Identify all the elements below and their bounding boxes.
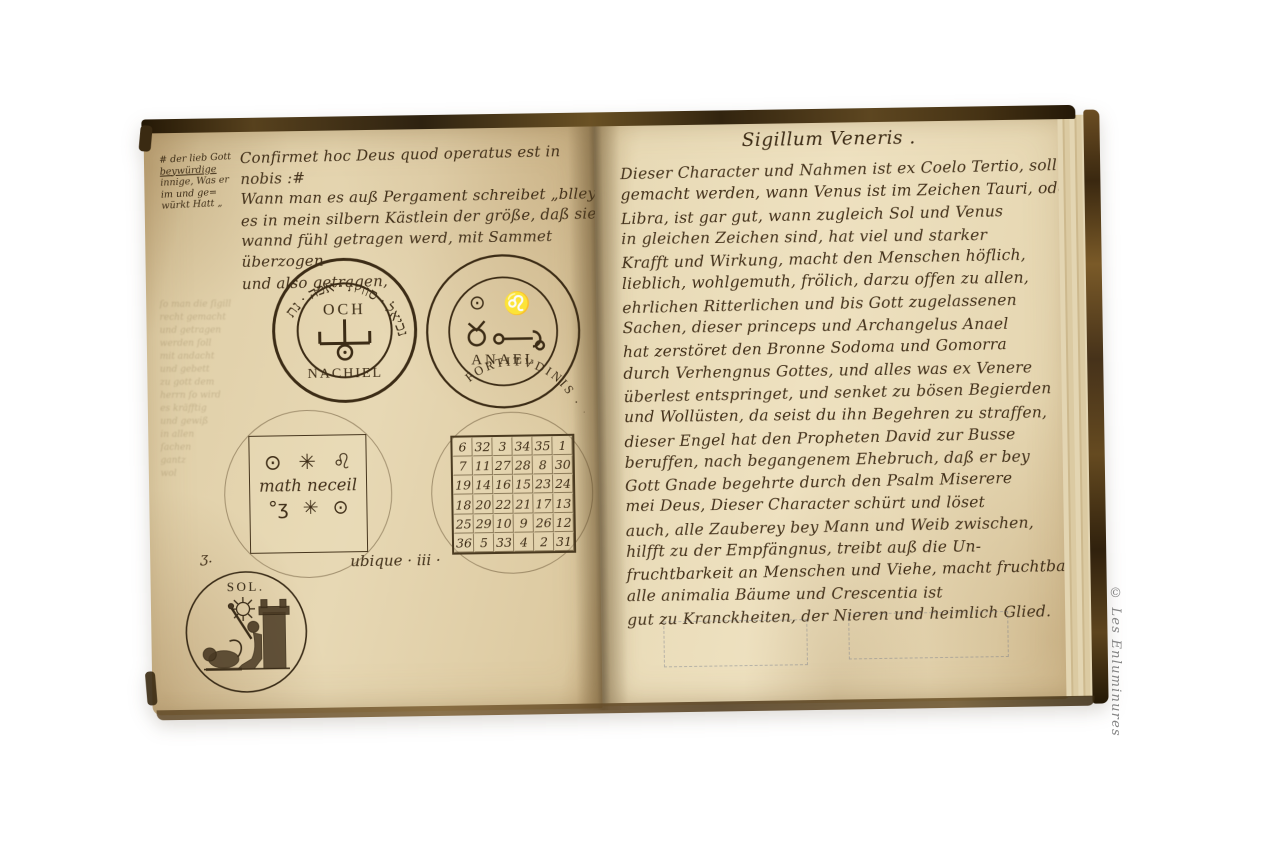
sun-seal-name-nachiel: NACHIEL [308, 366, 384, 382]
right-page-body-text: Dieser Character und Nahmen ist ex Coelo… [620, 155, 1051, 630]
magic-square-cell: 1 [552, 436, 572, 455]
faint-pencil-rectangle-right [848, 611, 1009, 660]
sol-engraving: SOL. [180, 566, 312, 698]
enthroned-king-with-lion-icon [202, 599, 290, 669]
seal-name-math-neceil: math neceil [250, 475, 366, 496]
magic-square-cell: 34 [512, 436, 532, 455]
seal-symbols-bottom: °ʒ ✳ ⊙ [250, 496, 366, 520]
magic-square-cell: 8 [533, 455, 553, 474]
open-book: ſo man die ſigillrecht gemachtund getrag… [137, 100, 1108, 727]
magic-square-cell: 16 [493, 475, 513, 494]
magic-square-cell: 33 [494, 533, 514, 552]
magic-square-cell: 19 [453, 476, 473, 495]
worn-cover-corner-top-left [138, 125, 152, 152]
magic-square-cell: 27 [493, 456, 513, 475]
left-page: ſo man die ſigillrecht gemachtund getrag… [144, 124, 603, 715]
ubique-caption: ubique · iii · [350, 551, 441, 570]
magic-square-cell: 9 [514, 513, 534, 532]
radiant-sun-icon [231, 597, 255, 621]
magic-square-cell: 22 [493, 494, 513, 513]
magic-square-cell: 31 [554, 532, 574, 551]
margin-annotation: # der lieb Gottbeywürdigeinnige, Was eri… [159, 150, 250, 212]
magic-square-cell: 4 [514, 532, 534, 551]
magic-square-cell: 6 [452, 437, 472, 456]
magic-square-cell: 30 [553, 455, 573, 474]
magic-square-cell: 36 [454, 533, 474, 552]
magic-square-cell: 26 [534, 513, 554, 532]
magic-square-cell: 23 [533, 474, 553, 493]
page-title-sigillum-veneris: Sigillum Veneris . [704, 127, 954, 152]
square-character-seal: ⊙ ✳ ♌ math neceil °ʒ ✳ ⊙ [248, 434, 368, 554]
margin-mark: ʒ. [200, 550, 213, 566]
sun-intelligence-sigil-icon [319, 319, 370, 360]
magic-square-cell: 10 [494, 513, 514, 532]
magic-square-cell: 17 [533, 494, 553, 513]
leo-squiggle-symbol: ♌ [503, 290, 531, 315]
magic-square-cell: 24 [553, 474, 573, 493]
sun-seal-name-och: OCH [323, 301, 366, 319]
venus-seal-name-anael: ANAEL [471, 351, 537, 368]
magic-square-cell: 15 [513, 475, 533, 494]
magic-square-cell: 12 [554, 512, 574, 531]
magic-square-cell: 11 [473, 456, 493, 475]
magic-square-cell: 7 [453, 457, 473, 476]
book-gutter-shadow [567, 120, 628, 711]
magic-square-cell: 13 [553, 493, 573, 512]
venus-seal-anael: FORTITVDINIS · RAPHAEL · SPIRITVS ⊙ ♌ AN… [419, 248, 587, 416]
magic-square-cell: 28 [513, 456, 533, 475]
magic-square-cell: 5 [474, 533, 494, 552]
magic-square-cell: 18 [453, 495, 473, 514]
magic-square-cell: 32 [472, 437, 492, 456]
magic-square-of-the-sun: 6323343517112728830191416152324182022211… [450, 434, 576, 555]
magic-square-cell: 21 [513, 494, 533, 513]
magic-square-cell: 3 [492, 437, 512, 456]
magic-square-cell: 29 [474, 514, 494, 533]
magic-square-cell: 20 [473, 495, 493, 514]
magic-square-cell: 35 [532, 436, 552, 455]
seal-symbols-top: ⊙ ✳ ♌ [250, 449, 366, 475]
sol-label: SOL. [227, 579, 265, 595]
sun-seal-nachiel: נכיאל · סורת · אכה · נת OCH NACHIEL [263, 249, 425, 411]
magic-square-cell: 25 [454, 514, 474, 533]
circled-dot-symbol: ⊙ [469, 292, 486, 314]
faint-pencil-rectangle-left [663, 619, 808, 667]
right-page: Sigillum Veneris . Dieser Character und … [593, 113, 1070, 706]
magic-square-cell: 14 [473, 475, 493, 494]
venus-character-sigils-icon [469, 320, 544, 350]
manuscript-photo: ſo man die ſigillrecht gemachtund getrag… [0, 0, 1280, 860]
magic-square-cell: 2 [534, 532, 554, 551]
photo-credit-watermark: © Les Enluminures [1108, 586, 1123, 737]
